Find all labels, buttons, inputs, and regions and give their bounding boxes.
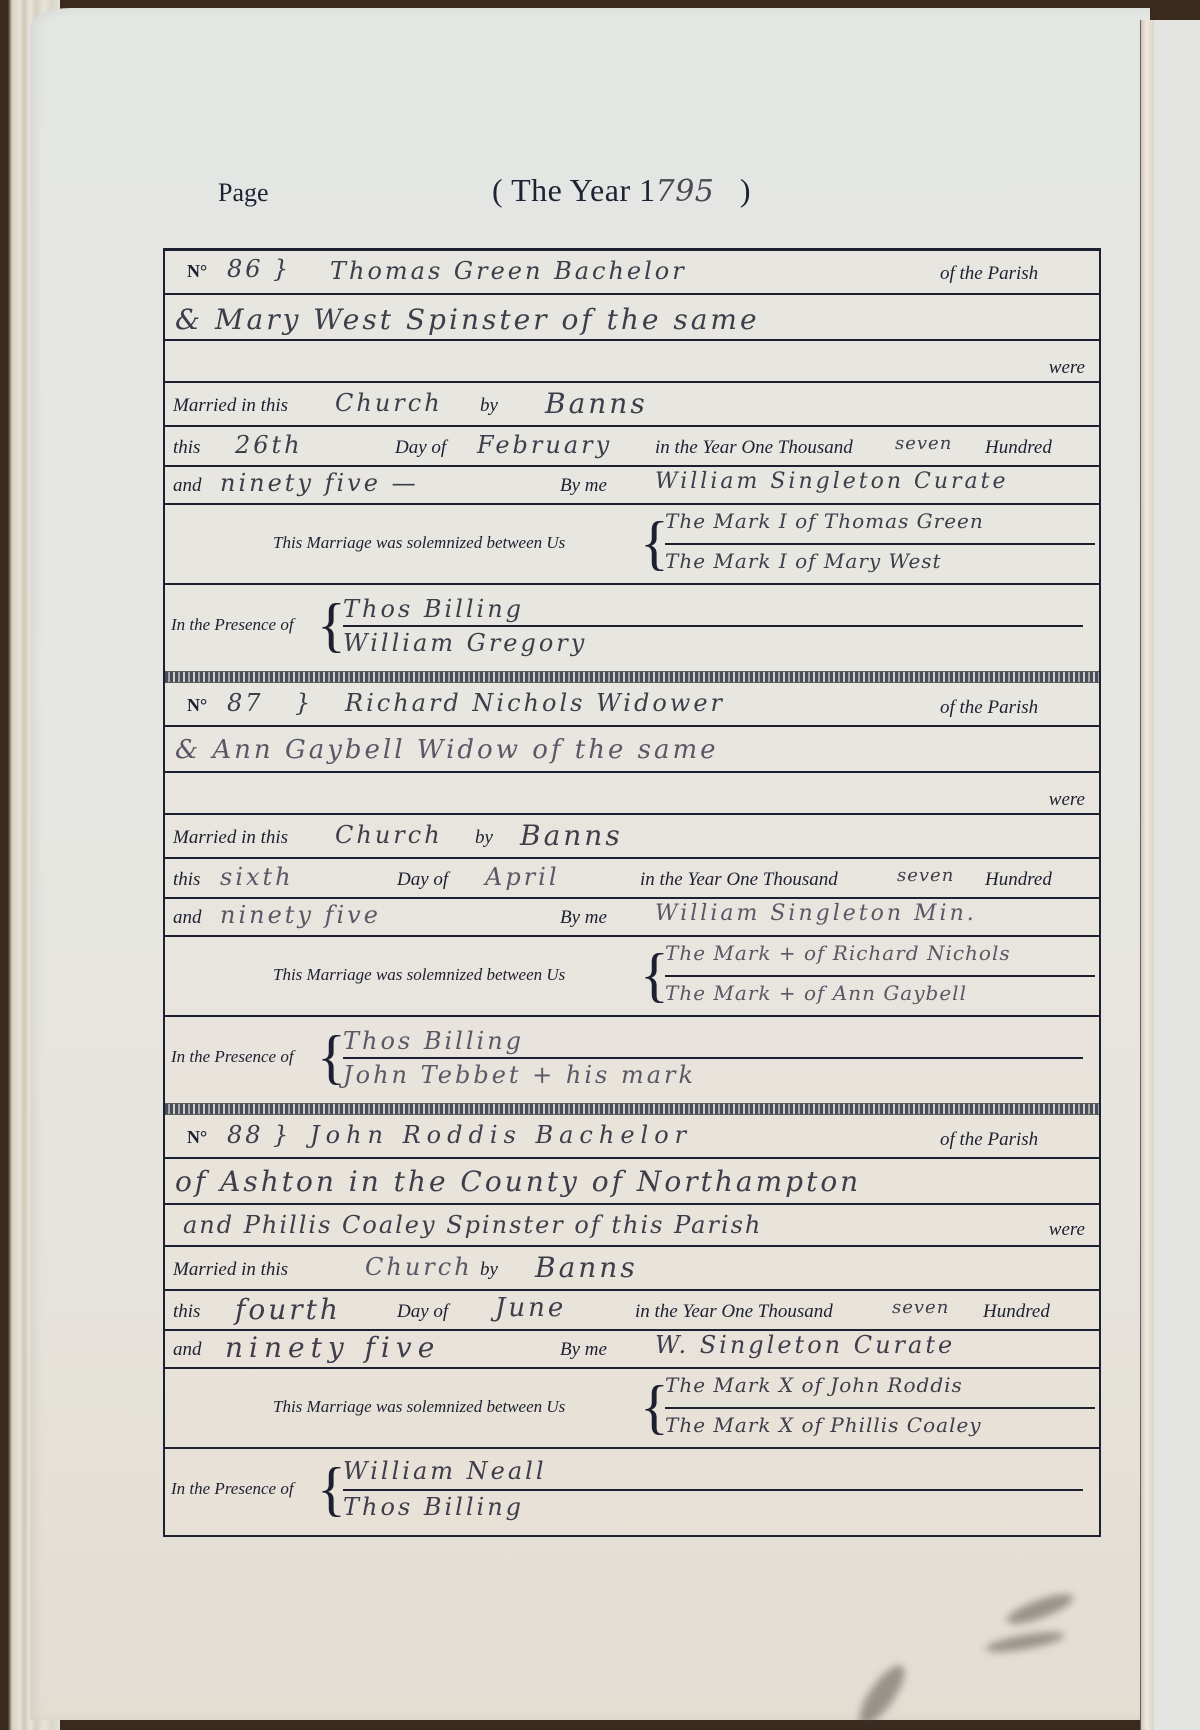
century-word: seven	[895, 433, 952, 454]
place: Church	[335, 821, 443, 849]
were-label: were	[1049, 357, 1085, 379]
ornamental-divider	[165, 671, 1099, 683]
were-row: and Phillis Coaley Spinster of this Pari…	[165, 1205, 1099, 1247]
witness2-signature: William Gregory	[343, 629, 587, 657]
presence-label: In the Presence of	[171, 1047, 294, 1067]
this-label: this	[173, 437, 200, 459]
bride-row: & Mary West Spinster of the same	[165, 295, 1099, 341]
date-row: this 26th Day of February in the Year On…	[165, 427, 1099, 467]
officiant-row: and ninety five — By me William Singleto…	[165, 467, 1099, 505]
by-label: by	[480, 1259, 498, 1281]
entry-number-row: N° 88 } John Roddis Bachelor of the Pari…	[165, 1115, 1099, 1159]
witness1-signature: William Neall	[343, 1457, 547, 1485]
place: Church	[365, 1253, 473, 1281]
hundred-label: Hundred	[983, 1301, 1050, 1323]
number-label: N°	[187, 695, 207, 716]
year-words: ninety five	[225, 1331, 440, 1364]
party2-signature: The Mark + of Ann Gaybell	[665, 981, 967, 1005]
day-of-label: Day of	[397, 869, 448, 891]
married-in-this-label: Married in this	[173, 395, 288, 417]
solemnized-row: This Marriage was solemnized between Us …	[165, 1369, 1099, 1449]
month: February	[477, 431, 612, 459]
solemnized-row: This Marriage was solemnized between Us …	[165, 937, 1099, 1017]
date-row: this sixth Day of April in the Year One …	[165, 859, 1099, 899]
number-label: N°	[187, 1127, 207, 1148]
presence-label: In the Presence of	[171, 615, 294, 635]
year-header: ( The Year 1795 )	[492, 172, 751, 209]
presence-label: In the Presence of	[171, 1479, 294, 1499]
and-label: and	[173, 907, 202, 929]
day-of-label: Day of	[395, 437, 446, 459]
party2-signature: The Mark I of Mary West	[665, 549, 942, 573]
page-label: Page	[218, 178, 269, 208]
signature-line	[665, 975, 1095, 977]
solemnized-label: This Marriage was solemnized between Us	[273, 533, 565, 553]
brace-icon: {	[317, 595, 346, 655]
brace-mark: }	[273, 255, 291, 283]
by-me-label: By me	[560, 475, 607, 497]
entry-number-row: N° 86 } Thomas Green Bachelor of the Par…	[165, 251, 1099, 295]
presence-row: In the Presence of { Thos Billing Willia…	[165, 585, 1099, 671]
witness2-signature: John Tebbet + his mark	[343, 1061, 696, 1089]
officiant: William Singleton Min.	[655, 901, 977, 926]
party1-signature: The Mark + of Richard Nichols	[665, 941, 1011, 965]
were-label: were	[1049, 1219, 1085, 1241]
and-label: and	[173, 1339, 202, 1361]
witness1-signature: Thos Billing	[343, 595, 524, 623]
married-in-this-label: Married in this	[173, 827, 288, 849]
this-label: this	[173, 1301, 200, 1323]
solemnized-row: This Marriage was solemnized between Us …	[165, 505, 1099, 585]
facing-page-edge	[1154, 20, 1200, 1730]
day: 26th	[235, 431, 303, 459]
bride-row: of Ashton in the County of Northampton	[165, 1159, 1099, 1205]
signature-line	[665, 543, 1095, 545]
officiant-row: and ninety five By me William Singleton …	[165, 899, 1099, 937]
this-label: this	[173, 869, 200, 891]
brace-icon: {	[317, 1027, 346, 1087]
groom-name: Thomas Green Bachelor	[330, 257, 687, 285]
and-label: and	[173, 475, 202, 497]
year-handwritten: 795	[656, 174, 715, 209]
of-the-parish-label: of the Parish	[940, 697, 1038, 719]
hundred-label: Hundred	[985, 869, 1052, 891]
year-words: ninety five	[220, 901, 381, 929]
number-label: N°	[187, 261, 207, 282]
married-in-this-label: Married in this	[173, 1259, 288, 1281]
presence-row: In the Presence of { Thos Billing John T…	[165, 1017, 1099, 1103]
officiant-row: and ninety five By me W. Singleton Curat…	[165, 1331, 1099, 1369]
method: Banns	[545, 387, 648, 420]
by-label: by	[480, 395, 498, 417]
brace-mark: }	[295, 689, 313, 717]
were-label: were	[1049, 789, 1085, 811]
married-row: Married in this Church by Banns	[165, 815, 1099, 859]
married-row: Married in this Church by Banns	[165, 383, 1099, 427]
ornamental-divider	[165, 1103, 1099, 1115]
bride-line: & Ann Gaybell Widow of the same	[175, 735, 719, 765]
by-label: by	[475, 827, 493, 849]
register-entry: N° 88 } John Roddis Bachelor of the Pari…	[165, 1115, 1099, 1535]
brace-mark: }	[273, 1121, 291, 1149]
in-the-year-label: in the Year One Thousand	[635, 1301, 833, 1323]
bride-line: of Ashton in the County of Northampton	[175, 1165, 861, 1198]
month: June	[495, 1293, 566, 1323]
method: Banns	[535, 1251, 638, 1284]
witness1-signature: Thos Billing	[343, 1027, 524, 1055]
book-gutter	[1140, 20, 1155, 1730]
entry-number: 88	[227, 1121, 264, 1149]
by-me-label: By me	[560, 907, 607, 929]
place: Church	[335, 389, 443, 417]
were-row: were	[165, 341, 1099, 383]
date-row: this fourth Day of June in the Year One …	[165, 1291, 1099, 1331]
signature-line	[665, 1407, 1095, 1409]
solemnized-label: This Marriage was solemnized between Us	[273, 1397, 565, 1417]
hundred-label: Hundred	[985, 437, 1052, 459]
witness-line	[343, 1057, 1083, 1059]
witness2-signature: Thos Billing	[343, 1493, 524, 1521]
party2-signature: The Mark X of Phillis Coaley	[665, 1413, 982, 1437]
of-the-parish-label: of the Parish	[940, 263, 1038, 285]
marriage-register-table: N° 86 } Thomas Green Bachelor of the Par…	[163, 248, 1101, 1537]
groom-name: John Roddis Bachelor	[310, 1121, 692, 1149]
in-the-year-label: in the Year One Thousand	[640, 869, 838, 891]
by-me-label: By me	[560, 1339, 607, 1361]
register-entry: N° 86 } Thomas Green Bachelor of the Par…	[165, 251, 1099, 683]
century-word: seven	[897, 865, 954, 886]
party1-signature: The Mark I of Thomas Green	[665, 509, 984, 533]
extra-line: and Phillis Coaley Spinster of this Pari…	[183, 1211, 762, 1239]
year-suffix: )	[740, 172, 751, 208]
officiant: W. Singleton Curate	[655, 1331, 955, 1359]
in-the-year-label: in the Year One Thousand	[655, 437, 853, 459]
method: Banns	[520, 819, 623, 852]
entry-number: 87	[227, 689, 264, 717]
party1-signature: The Mark X of John Roddis	[665, 1373, 963, 1397]
groom-name: Richard Nichols Widower	[345, 689, 725, 717]
married-row: Married in this Church by Banns	[165, 1247, 1099, 1291]
day: sixth	[220, 863, 294, 891]
year-words: ninety five —	[220, 469, 419, 497]
register-entry: N° 87 } Richard Nichols Widower of the P…	[165, 683, 1099, 1115]
officiant: William Singleton Curate	[655, 469, 1009, 494]
month: April	[485, 863, 560, 891]
solemnized-label: This Marriage was solemnized between Us	[273, 965, 565, 985]
witness-line	[343, 625, 1083, 627]
year-prefix: ( The Year 1	[492, 172, 656, 208]
brace-icon: {	[317, 1459, 346, 1519]
bride-line: & Mary West Spinster of the same	[175, 303, 760, 336]
were-row: were	[165, 773, 1099, 815]
century-word: seven	[892, 1297, 949, 1318]
bride-row: & Ann Gaybell Widow of the same	[165, 727, 1099, 773]
day-of-label: Day of	[397, 1301, 448, 1323]
witness-line	[343, 1489, 1083, 1491]
presence-row: In the Presence of { William Neall Thos …	[165, 1449, 1099, 1535]
day: fourth	[235, 1293, 341, 1326]
entry-number-row: N° 87 } Richard Nichols Widower of the P…	[165, 683, 1099, 727]
entry-number: 86	[227, 255, 264, 283]
of-the-parish-label: of the Parish	[940, 1129, 1038, 1151]
